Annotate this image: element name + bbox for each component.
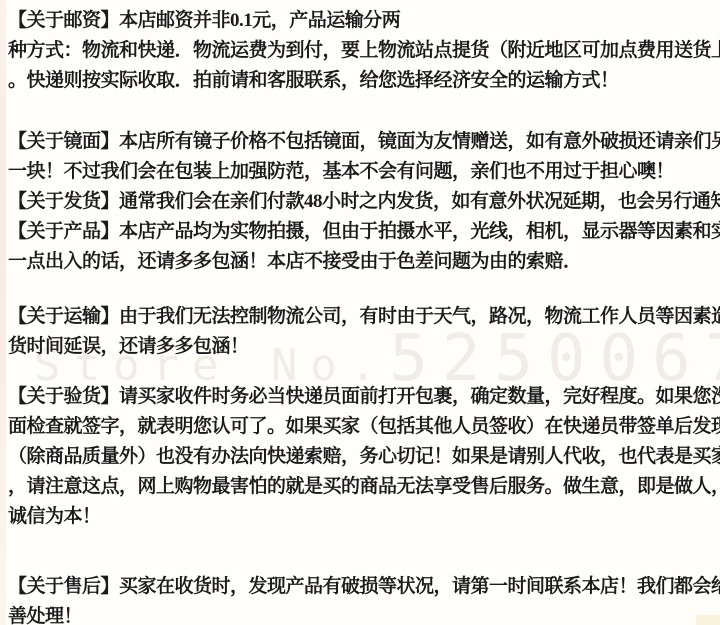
- inspection-line-2: 面检查就签字，就表明您认可了。如果买家（包括其他人员签收）在快递员带签单后发现问…: [8, 412, 716, 442]
- section-inspection: 【关于验货】请买家收件时务必当快递员面前打开包裹，确定数量，完好程度。如果您没有…: [8, 382, 716, 532]
- section-postage: 【关于邮资】本店邮资并非0.1元，产品运输分两 种方式：物流和快递．物流运费为到…: [8, 6, 716, 96]
- bottom-right-tint: [696, 615, 720, 625]
- section-after-sale: 【关于售后】买家在收货时，发现产品有破损等状况，请第一时间联系本店！我们都会给您…: [8, 572, 716, 625]
- inspection-line-4: ，请注意这点，网上购物最害怕的就是买的商品无法享受售后服务。做生意，即是做人，应…: [8, 472, 716, 502]
- postage-line-1: 【关于邮资】本店邮资并非0.1元，产品运输分两: [8, 6, 716, 36]
- section-mirror-shipping-product: 【关于镜面】本店所有镜子价格不包括镜面，镜面为友情赠送，如有意外破损还请亲们另行…: [8, 127, 716, 277]
- product-description-notice: Store No.5250067 【关于邮资】本店邮资并非0.1元，产品运输分两…: [0, 0, 720, 625]
- product-line-1: 【关于产品】本店产品均为实物拍摄，但由于拍摄水平，光线，相机，显示器等因素和实物…: [8, 217, 716, 247]
- mirror-line-2: 一块！不过我们会在包装上加强防范，基本不会有问题，亲们也不用过于担心噢！: [8, 157, 716, 187]
- inspection-line-5: 诚信为本！: [8, 502, 716, 532]
- transport-line-2: 货时间延误，还请多多包涵！: [8, 332, 716, 362]
- inspection-line-3: （除商品质量外）也没有办法向快递索赔，务心切记！如果是请别人代收，也代表是买家签…: [8, 442, 716, 472]
- after-sale-line-2: 善处理！: [8, 602, 716, 625]
- after-sale-line-1: 【关于售后】买家在收货时，发现产品有破损等状况，请第一时间联系本店！我们都会给您…: [8, 572, 716, 602]
- postage-line-2: 种方式：物流和快递．物流运费为到付，要上物流站点提货（附近地区可加点费用送货上门…: [8, 36, 716, 66]
- mirror-line-1: 【关于镜面】本店所有镜子价格不包括镜面，镜面为友情赠送，如有意外破损还请亲们另行…: [8, 127, 716, 157]
- shipping-line-1: 【关于发货】通常我们会在亲们付款48小时之内发货，如有意外状况延期，也会另行通知…: [8, 187, 716, 217]
- product-line-2: 一点出入的话，还请多多包涵！本店不接受由于色差问题为由的索赔．: [8, 247, 716, 277]
- left-edge-tint: [0, 0, 6, 625]
- section-transport: 【关于运输】由于我们无法控制物流公司，有时由于天气，路况，物流工作人员等因素造成…: [8, 302, 716, 362]
- postage-line-3: 。快递则按实际收取．拍前请和客服联系，给您选择经济安全的运输方式！: [8, 66, 716, 96]
- transport-line-1: 【关于运输】由于我们无法控制物流公司，有时由于天气，路况，物流工作人员等因素造成…: [8, 302, 716, 332]
- inspection-line-1: 【关于验货】请买家收件时务必当快递员面前打开包裹，确定数量，完好程度。如果您没有…: [8, 382, 716, 412]
